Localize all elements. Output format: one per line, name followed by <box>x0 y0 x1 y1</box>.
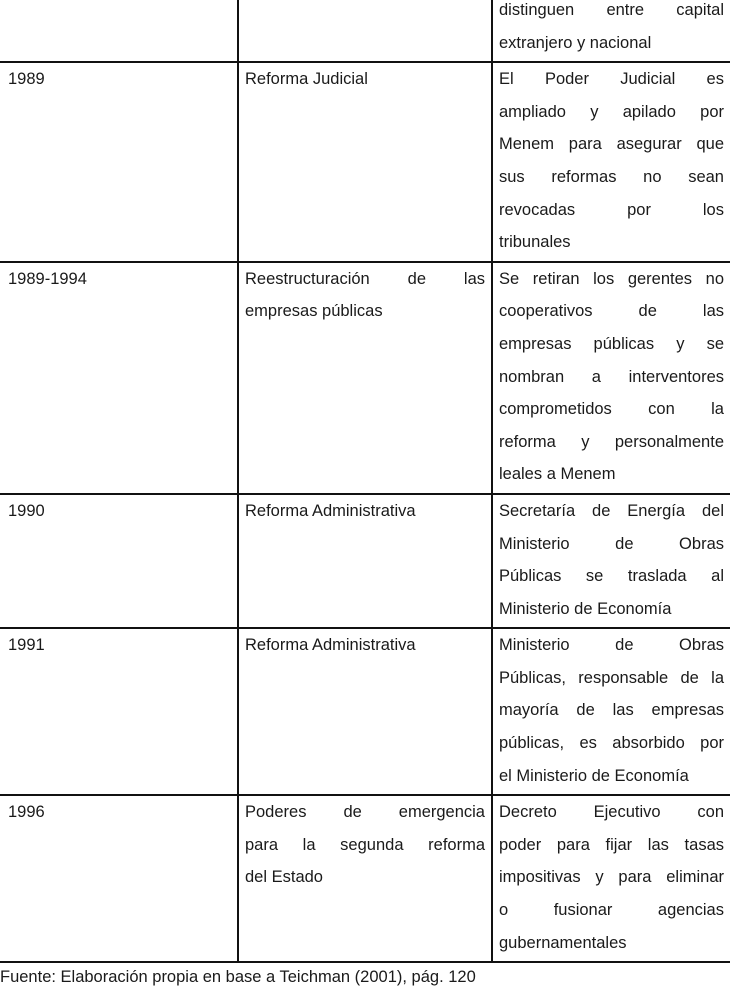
year-cell: 1989 <box>0 62 238 262</box>
year-cell: 1996 <box>0 795 238 962</box>
source-note: Fuente: Elaboración propia en base a Tei… <box>0 963 730 991</box>
cell-line: del Estado <box>245 861 485 894</box>
cell-line: Reforma Judicial <box>245 63 485 96</box>
cell-line: nombran a interventores <box>499 361 724 394</box>
cell-line: Ministerio de Obras <box>499 629 724 662</box>
cell-line: leales a Menem <box>499 458 724 491</box>
cell-line: revocadas por los <box>499 194 724 227</box>
cell-line: el Ministerio de Economía <box>499 760 724 793</box>
cell-line: comprometidos con la <box>499 393 724 426</box>
document-page: distinguen entre capitalextranjero y nac… <box>0 0 730 991</box>
cell-line: o fusionar agencias <box>499 894 724 927</box>
cell-line: para la segunda reforma <box>245 829 485 862</box>
cell-line: Reforma Administrativa <box>245 495 485 528</box>
cell-line: Ministerio de Obras <box>499 528 724 561</box>
reform-cell <box>238 0 492 62</box>
reform-cell: Poderes de emergenciapara la segunda ref… <box>238 795 492 962</box>
reform-cell: Reestructuración de lasempresas públicas <box>238 262 492 494</box>
year-cell: 1990 <box>0 494 238 628</box>
table-row: 1991Reforma AdministrativaMinisterio de … <box>0 628 730 795</box>
cell-line: El Poder Judicial es <box>499 63 724 96</box>
cell-line: gubernamentales <box>499 927 724 960</box>
cell-line: empresas públicas <box>245 295 485 328</box>
cell-line: Ministerio de Economía <box>499 593 724 626</box>
year-cell <box>0 0 238 62</box>
cell-line: extranjero y nacional <box>499 27 724 60</box>
description-cell: Se retiran los gerentes nocooperativos d… <box>492 262 730 494</box>
table-row: distinguen entre capitalextranjero y nac… <box>0 0 730 62</box>
description-cell: Ministerio de ObrasPúblicas, responsable… <box>492 628 730 795</box>
year-cell: 1989-1994 <box>0 262 238 494</box>
cell-line: Reforma Administrativa <box>245 629 485 662</box>
reform-cell: Reforma Judicial <box>238 62 492 262</box>
cell-line: Poderes de emergencia <box>245 796 485 829</box>
table-row: 1990Reforma AdministrativaSecretaría de … <box>0 494 730 628</box>
description-cell: El Poder Judicial esampliado y apilado p… <box>492 62 730 262</box>
cell-line: mayoría de las empresas <box>499 694 724 727</box>
cell-line: Se retiran los gerentes no <box>499 263 724 296</box>
reform-cell: Reforma Administrativa <box>238 494 492 628</box>
table-row: 1989-1994Reestructuración de lasempresas… <box>0 262 730 494</box>
cell-line: Secretaría de Energía del <box>499 495 724 528</box>
description-cell: distinguen entre capitalextranjero y nac… <box>492 0 730 62</box>
cell-line: Decreto Ejecutivo con <box>499 796 724 829</box>
cell-line: ampliado y apilado por <box>499 96 724 129</box>
cell-line: empresas públicas y se <box>499 328 724 361</box>
cell-line: sus reformas no sean <box>499 161 724 194</box>
cell-line: reforma y personalmente <box>499 426 724 459</box>
cell-line: cooperativos de las <box>499 295 724 328</box>
cell-line: tribunales <box>499 226 724 259</box>
reforms-table: distinguen entre capitalextranjero y nac… <box>0 0 730 963</box>
cell-line: poder para fijar las tasas <box>499 829 724 862</box>
cell-line: Reestructuración de las <box>245 263 485 296</box>
cell-line: impositivas y para eliminar <box>499 861 724 894</box>
description-cell: Decreto Ejecutivo conpoder para fijar la… <box>492 795 730 962</box>
table-row: 1989Reforma JudicialEl Poder Judicial es… <box>0 62 730 262</box>
year-cell: 1991 <box>0 628 238 795</box>
cell-line: Públicas, responsable de la <box>499 662 724 695</box>
cell-line: Públicas se traslada al <box>499 560 724 593</box>
description-cell: Secretaría de Energía delMinisterio de O… <box>492 494 730 628</box>
reform-cell: Reforma Administrativa <box>238 628 492 795</box>
cell-line: Menem para asegurar que <box>499 128 724 161</box>
table-row: 1996Poderes de emergenciapara la segunda… <box>0 795 730 962</box>
cell-line: públicas, es absorbido por <box>499 727 724 760</box>
cell-line: distinguen entre capital <box>499 0 724 27</box>
